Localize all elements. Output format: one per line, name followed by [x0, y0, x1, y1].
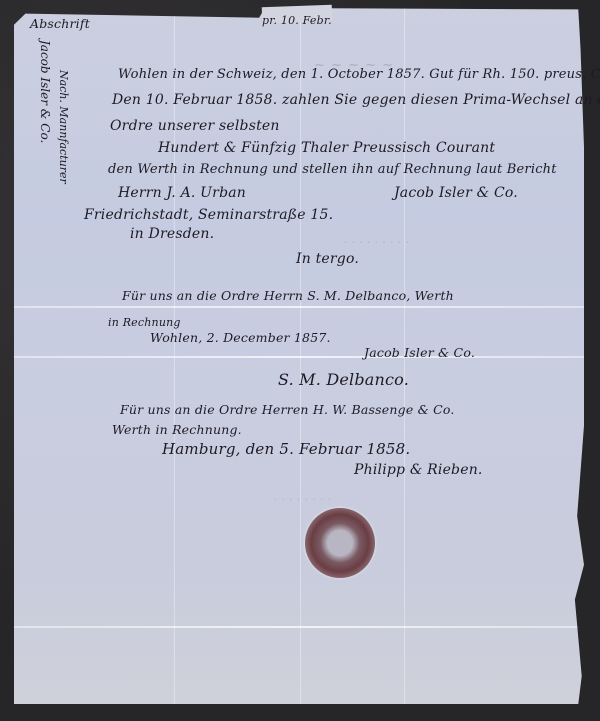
- fold-line: [174, 8, 175, 704]
- endorsement-1-signature: Jacob Isler & Co.: [364, 345, 475, 360]
- vertical-margin-line-2: Nach. Mannfacturer: [57, 70, 70, 184]
- fold-line: [14, 306, 584, 308]
- endorsement-1-line-2: in Rechnung: [108, 316, 181, 329]
- top-left-note: Abschrift: [30, 16, 90, 31]
- top-center-note: pr. 10. Febr.: [262, 14, 332, 27]
- endorsement-2-line-1: Für uns an die Ordre Herren H. W. Bassen…: [120, 402, 455, 417]
- body-line-5: den Werth in Rechnung und stellen ihn au…: [108, 162, 557, 177]
- body-line-2: Den 10. Februar 1858. zahlen Sie gegen d…: [112, 92, 600, 108]
- fold-line: [14, 356, 584, 358]
- in-tergo-label: In tergo.: [296, 251, 359, 267]
- faint-printed-form-text: . . . . . . . . .: [344, 236, 410, 246]
- fold-line: [14, 626, 584, 628]
- faint-printed-form-text: . . . . . . . .: [274, 493, 332, 503]
- vertical-margin-line-1: Jacob Isler & Co.: [38, 40, 52, 143]
- endorsement-2-heading: S. M. Delbanco.: [278, 370, 409, 389]
- endorsement-1-line-1: Für uns an die Ordre Herrn S. M. Delbanc…: [122, 288, 454, 303]
- endorsement-2-line-2: Werth in Rechnung.: [112, 422, 242, 437]
- endorsement-2-place-date: Hamburg, den 5. Februar 1858.: [162, 440, 410, 458]
- wax-seal-icon: [305, 508, 375, 578]
- document-paper: ~ ~ ~ ~ ~ . . . . . . . . . . . . . . . …: [14, 8, 584, 704]
- body-line-1: Wohlen in der Schweiz, den 1. October 18…: [118, 67, 600, 82]
- endorsement-1-place-date: Wohlen, 2. December 1857.: [150, 330, 331, 345]
- body-line-8: in Dresden.: [130, 226, 214, 242]
- drawer-signature: Jacob Isler & Co.: [394, 185, 518, 201]
- fold-line: [300, 8, 301, 704]
- endorsement-2-signature: Philipp & Rieben.: [354, 462, 483, 478]
- body-line-4: Hundert & Fünfzig Thaler Preussisch Cour…: [158, 140, 495, 156]
- body-line-3: Ordre unserer selbsten: [110, 118, 280, 134]
- body-line-6: Herrn J. A. Urban: [118, 185, 246, 201]
- body-line-7: Friedrichstadt, Seminarstraße 15.: [84, 207, 333, 223]
